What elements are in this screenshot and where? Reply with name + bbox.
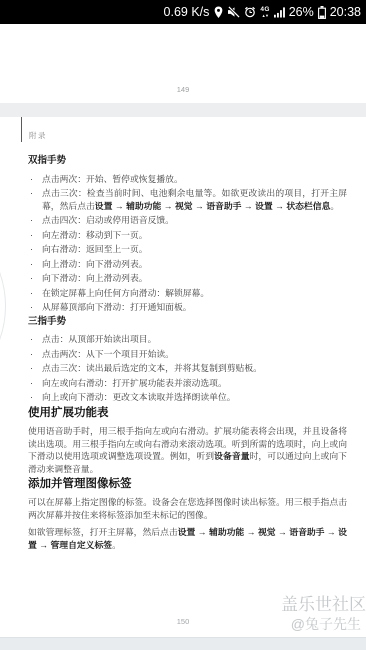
list-item: 点击两次：从下一个项目开始读。: [28, 348, 347, 361]
item-text: 点击两次：开始、暂停或恢复播放。: [42, 174, 183, 184]
item-text: 从屏幕顶部向下滑动：打开通知面板。: [42, 302, 192, 312]
extended-menu-heading: 使用扩展功能表: [28, 406, 347, 420]
image-labels-heading: 添加并管理图像标签: [28, 477, 347, 491]
item-text: 向左滑动：移动到下一页。: [42, 230, 148, 240]
watermark-line-1: 盖乐世社区: [281, 596, 366, 615]
signal-strength-icon: [274, 6, 285, 18]
media-mute-icon: [228, 6, 240, 18]
section-gestures: 双指手势 点击两次：开始、暂停或恢复播放。 点击三次：检查当前时间、电池剩余电量…: [28, 155, 347, 406]
appendix-margin-label: 附录: [21, 117, 47, 142]
paragraph-text: 。: [112, 540, 121, 550]
watermark-line-2: @兔子先生: [281, 617, 366, 632]
item-text: 向下滑动：向上滑动列表。: [42, 273, 148, 283]
document-page-view[interactable]: 149 附录 双指手势 点击两次：开始、暂停或恢复播放。 点击三次：检查当前时间…: [0, 24, 366, 650]
paragraph-text: 如欲管理标签，打开主屏幕，然后点击: [28, 527, 178, 537]
network-speed: 0.69 K/s: [164, 5, 210, 19]
list-item: 点击四次：启动或停用语音反馈。: [28, 214, 347, 227]
list-item: 点击三次：检查当前时间、电池剩余电量等。如欲更改读出的项目，打开主屏幕，然后点击…: [28, 187, 347, 212]
list-item: 在锁定屏幕上向任何方向滑动：解锁屏幕。: [28, 287, 347, 300]
three-finger-heading: 三指手势: [28, 316, 347, 329]
battery-percent: 26%: [289, 5, 314, 19]
list-item: 点击三次：读出最后选定的文本，并将其复制到剪贴板。: [28, 362, 347, 375]
list-item: 从屏幕顶部向下滑动：打开通知面板。: [28, 301, 347, 314]
list-item: 点击两次：开始、暂停或恢复播放。: [28, 173, 347, 186]
item-text: 在锁定屏幕上向任何方向滑动：解锁屏幕。: [42, 288, 209, 298]
device-volume-bold: 设备音量: [214, 451, 249, 461]
item-text: 向上滑动：向下滑动列表。: [42, 259, 148, 269]
4g-data-icon: 4G ▲▼: [260, 7, 269, 18]
image-labels-paragraph-2: 如欲管理标签，打开主屏幕，然后点击设置 → 辅助功能 → 视觉 → 语音助手 →…: [28, 526, 347, 551]
list-item: 向下滑动：向上滑动列表。: [28, 272, 347, 285]
item-text: 向上或向下滑动：更改文本读取并选择朗读单位。: [42, 392, 236, 402]
item-text: 点击两次：从下一个项目开始读。: [42, 349, 174, 359]
two-finger-heading: 双指手势: [28, 155, 347, 168]
phone-screen: 0.69 K/s 4G ▲▼ 26% 20:38 149 附录: [0, 0, 366, 650]
item-text: 向右滑动：返回至上一页。: [42, 244, 148, 254]
data-arrows-icon: ▲▼: [262, 14, 269, 18]
three-finger-list: 点击：从顶部开始读出项目。 点击两次：从下一个项目开始读。 点击三次：读出最后选…: [28, 333, 347, 404]
status-bar: 0.69 K/s 4G ▲▼ 26% 20:38: [0, 0, 366, 24]
list-item: 向上滑动：向下滑动列表。: [28, 258, 347, 271]
community-watermark: 盖乐世社区 @兔子先生: [281, 596, 366, 632]
two-finger-list: 点击两次：开始、暂停或恢复播放。 点击三次：检查当前时间、电池剩余电量等。如欲更…: [28, 173, 347, 314]
item-text: 向左或向右滑动：打开扩展功能表并滚动选项。: [42, 378, 227, 388]
section-extended-menu: 使用扩展功能表 使用语音助手时，用三根手指向左或向右滑动。扩展功能表将会出现，并…: [28, 406, 347, 475]
previous-page-number: 149: [0, 85, 366, 94]
appendix-label-text: 附录: [29, 130, 47, 142]
battery-icon: [318, 6, 326, 19]
list-item: 向右滑动：返回至上一页。: [28, 243, 347, 256]
next-page-separator-band: [0, 637, 366, 650]
extended-menu-paragraph: 使用语音助手时，用三根手指向左或向右滑动。扩展功能表将会出现，并且设备将读出选项…: [28, 425, 347, 475]
section-image-labels: 添加并管理图像标签 可以在屏幕上指定图像的标签。设备会在您选择图像时读出标签。用…: [28, 477, 347, 551]
alarm-icon: [244, 6, 256, 18]
settings-path-bold: 设置 → 辅助功能 → 视觉 → 语音助手 → 设置 → 状态栏信息: [95, 201, 331, 211]
list-item: 向左滑动：移动到下一页。: [28, 229, 347, 242]
location-icon: [213, 6, 224, 19]
decorative-arc: [0, 206, 6, 406]
item-text: 点击三次：读出最后选定的文本，并将其复制到剪贴板。: [42, 363, 262, 373]
item-text: 。: [330, 201, 339, 211]
item-text: 点击四次：启动或停用语音反馈。: [42, 215, 174, 225]
clock-time: 20:38: [330, 5, 361, 19]
page-separator-band: [0, 103, 366, 117]
image-labels-paragraph-1: 可以在屏幕上指定图像的标签。设备会在您选择图像时读出标签。用三根手指点击两次屏幕…: [28, 496, 347, 521]
list-item: 向上或向下滑动：更改文本读取并选择朗读单位。: [28, 391, 347, 404]
list-item: 向左或向右滑动：打开扩展功能表并滚动选项。: [28, 377, 347, 390]
list-item: 点击：从顶部开始读出项目。: [28, 333, 347, 346]
item-text: 点击：从顶部开始读出项目。: [42, 334, 156, 344]
